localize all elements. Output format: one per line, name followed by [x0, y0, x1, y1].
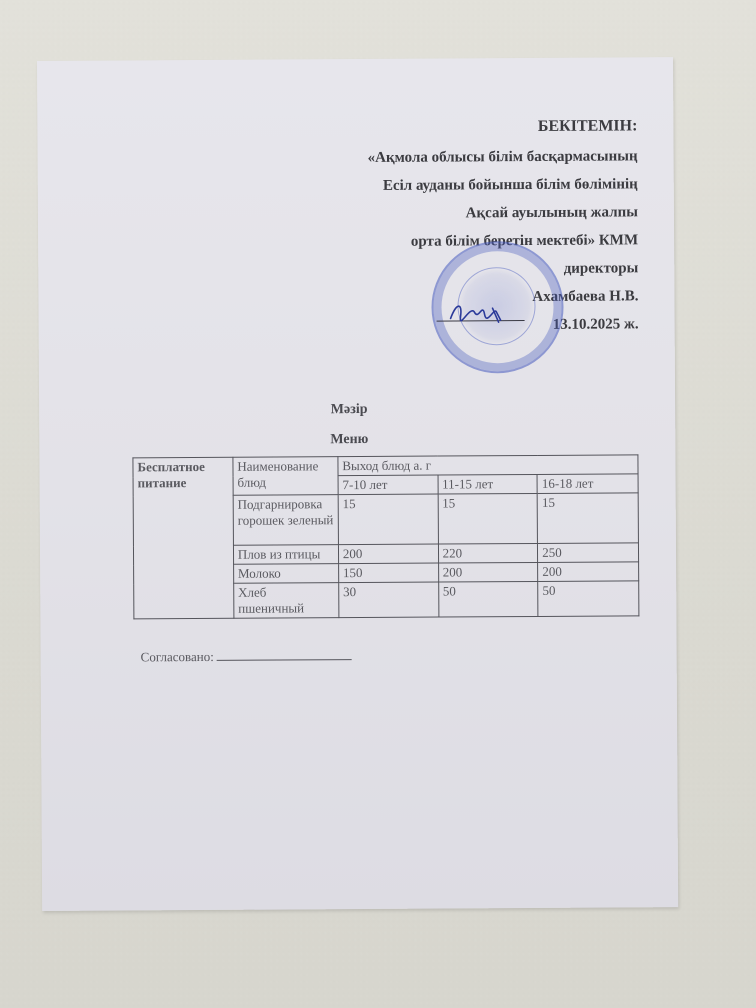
- heading-kazakh: Мәзір: [31, 400, 667, 420]
- document-page: БЕКІТЕМІН: «Ақмола облысы білім басқарма…: [37, 57, 678, 911]
- agreed-label: Согласовано:: [141, 649, 214, 664]
- yield-header-cell: Выход блюд а. г: [338, 455, 638, 476]
- heading-russian: Меню: [31, 430, 667, 450]
- value-cell: 250: [538, 543, 639, 563]
- value-cell: 15: [338, 494, 438, 545]
- approval-line: «Ақмола облысы білім басқармасының: [368, 142, 638, 172]
- approval-line: Ақсай ауылының жалпы: [368, 198, 638, 228]
- agreed-signature-field: Согласовано:: [141, 647, 352, 665]
- dish-cell: Молоко: [233, 564, 338, 584]
- dish-header-cell: Наименование блюд: [233, 457, 338, 496]
- dish-cell: Подгарнировка горошек зеленый: [233, 495, 338, 546]
- value-cell: 50: [538, 581, 639, 617]
- value-cell: 200: [438, 562, 538, 582]
- approval-title: БЕКІТЕМІН:: [367, 112, 637, 142]
- value-cell: 30: [339, 582, 439, 618]
- signature-icon: [448, 298, 508, 324]
- age-group-cell: 7-10 лет: [338, 475, 438, 495]
- dish-cell: Хлеб пшеничный: [234, 583, 339, 619]
- value-cell: 200: [538, 562, 639, 582]
- age-group-cell: 11-15 лет: [438, 474, 538, 494]
- dish-cell: Плов из птицы: [233, 545, 338, 565]
- age-group-cell: 16-18 лет: [537, 474, 638, 494]
- value-cell: 220: [438, 543, 538, 563]
- value-cell: 200: [338, 544, 438, 564]
- agreed-blank-line: [217, 647, 352, 661]
- approval-line: Есіл ауданы бойынша білім бөлімінің: [368, 170, 638, 200]
- menu-table: Бесплатное питание Наименование блюд Вых…: [132, 454, 639, 619]
- value-cell: 15: [537, 493, 638, 544]
- value-cell: 150: [338, 563, 438, 583]
- category-cell: Бесплатное питание: [133, 457, 234, 619]
- value-cell: 50: [438, 581, 538, 617]
- value-cell: 15: [438, 493, 538, 544]
